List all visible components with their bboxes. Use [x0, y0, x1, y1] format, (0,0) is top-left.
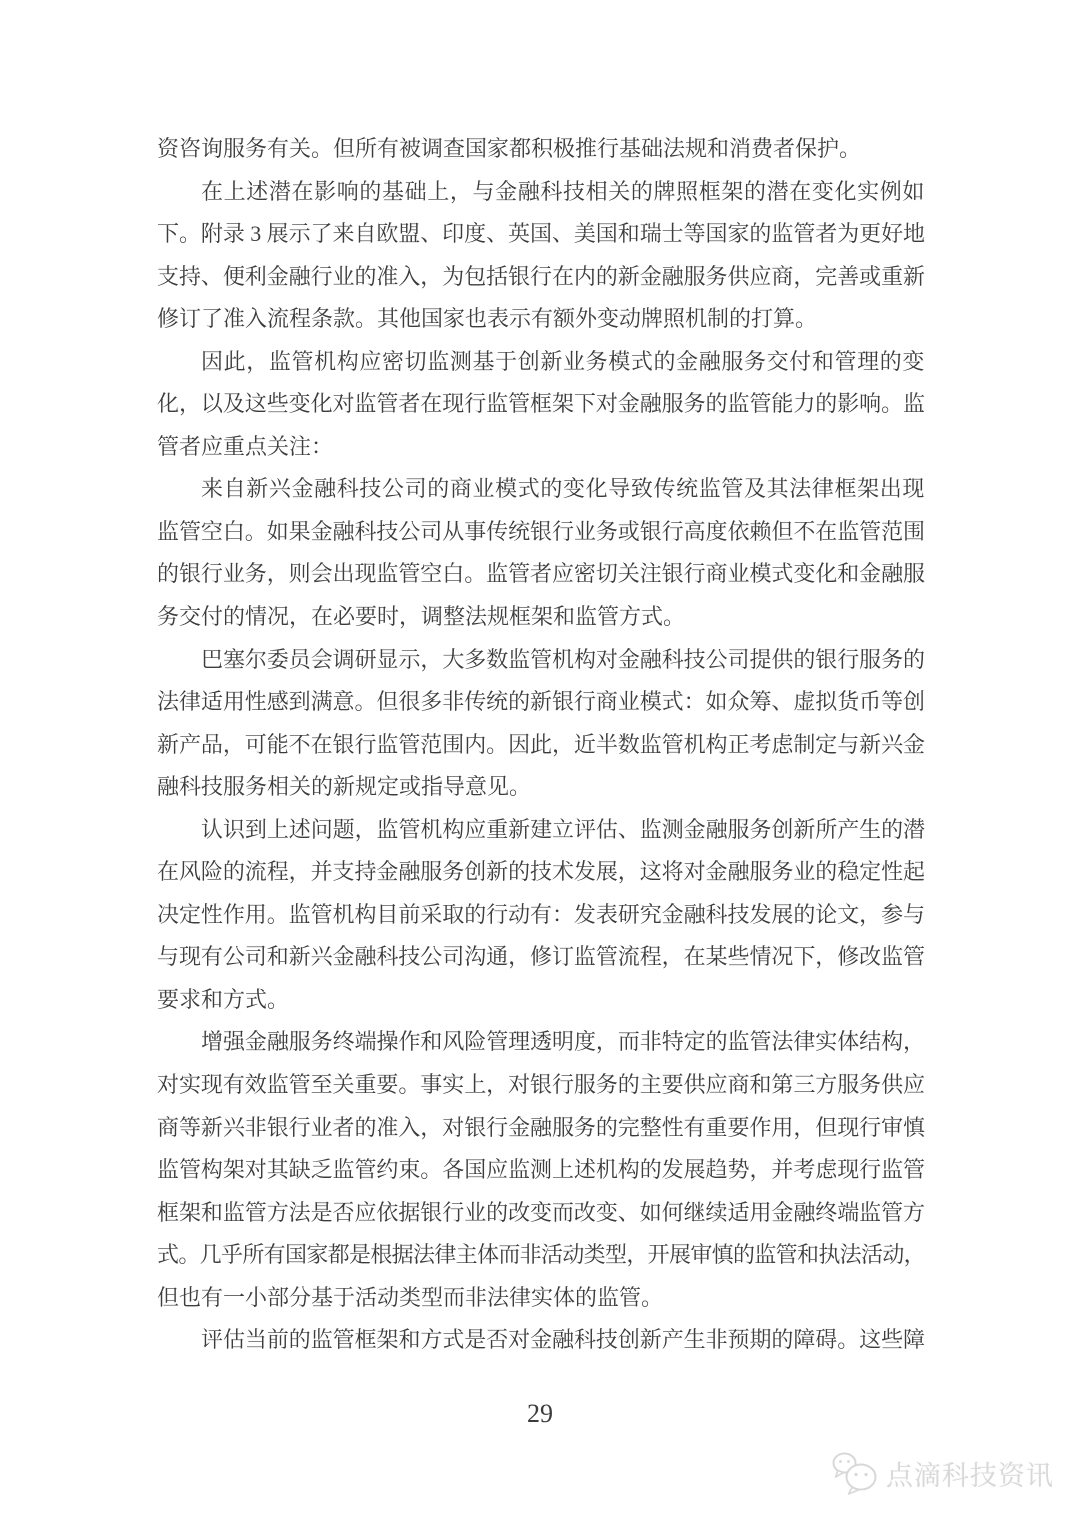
text-line-content: 巴塞尔委员会调研显示，大多数监管机构对金融科技公司提供的银行服务的 — [201, 639, 925, 682]
text-line-content: 决定性作用。监管机构目前采取的行动有：发表研究金融科技发展的论文，参与 — [157, 894, 925, 937]
text-line: 管者应重点关注： — [157, 426, 925, 469]
text-line: 监管构架对其缺乏监管约束。各国应监测上述机构的发展趋势，并考虑现行监管 — [157, 1149, 925, 1192]
text-line: 但也有一小部分基于活动类型而非法律实体的监管。 — [157, 1277, 925, 1320]
watermark: 点滴科技资讯 — [831, 1450, 1054, 1496]
text-line: 融科技服务相关的新规定或指导意见。 — [157, 766, 925, 809]
text-line: 在风险的流程，并支持金融服务创新的技术发展，这将对金融服务业的稳定性起 — [157, 851, 925, 894]
text-line-content: 监管构架对其缺乏监管约束。各国应监测上述机构的发展趋势，并考虑现行监管 — [157, 1149, 925, 1192]
text-line: 新产品，可能不在银行监管范围内。因此，近半数监管机构正考虑制定与新兴金 — [157, 724, 925, 767]
text-line: 法律适用性感到满意。但很多非传统的新银行商业模式：如众筹、虚拟货币等创 — [157, 681, 925, 724]
text-line: 增强金融服务终端操作和风险管理透明度，而非特定的监管法律实体结构， — [157, 1021, 925, 1064]
text-line: 因此，监管机构应密切监测基于创新业务模式的金融服务交付和管理的变 — [157, 341, 925, 384]
page-number: 29 — [0, 1398, 1080, 1430]
text-line-content: 来自新兴金融科技公司的商业模式的变化导致传统监管及其法律框架出现 — [201, 468, 925, 511]
text-line-content: 增强金融服务终端操作和风险管理透明度，而非特定的监管法律实体结构， — [201, 1021, 925, 1064]
text-line-content: 修订了准入流程条款。其他国家也表示有额外变动牌照机制的打算。 — [157, 298, 817, 341]
text-line-content: 管者应重点关注： — [157, 426, 333, 469]
text-line: 的银行业务，则会出现监管空白。监管者应密切关注银行商业模式变化和金融服 — [157, 553, 925, 596]
text-line: 商等新兴非银行业者的准入，对银行金融服务的完整性有重要作用，但现行审慎 — [157, 1107, 925, 1150]
text-line-content: 在上述潜在影响的基础上，与金融科技相关的牌照框架的潜在变化实例如 — [201, 171, 925, 214]
text-line-content: 但也有一小部分基于活动类型而非法律实体的监管。 — [157, 1277, 663, 1320]
text-line: 巴塞尔委员会调研显示，大多数监管机构对金融科技公司提供的银行服务的 — [157, 639, 925, 682]
text-line-content: 融科技服务相关的新规定或指导意见。 — [157, 766, 531, 809]
text-line-content: 认识到上述问题，监管机构应重新建立评估、监测金融服务创新所产生的潜 — [201, 809, 925, 852]
text-line: 评估当前的监管框架和方式是否对金融科技创新产生非预期的障碍。这些障 — [157, 1319, 925, 1362]
text-line-content: 与现有公司和新兴金融科技公司沟通，修订监管流程，在某些情况下，修改监管 — [157, 936, 925, 979]
document-body: 资咨询服务有关。但所有被调查国家都积极推行基础法规和消费者保护。在上述潜在影响的… — [157, 128, 925, 1362]
text-line-content: 下。附录 3 展示了来自欧盟、印度、英国、美国和瑞士等国家的监管者为更好地 — [157, 213, 925, 256]
text-line: 认识到上述问题，监管机构应重新建立评估、监测金融服务创新所产生的潜 — [157, 809, 925, 852]
text-line-content: 务交付的情况，在必要时，调整法规框架和监管方式。 — [157, 596, 685, 639]
text-line: 来自新兴金融科技公司的商业模式的变化导致传统监管及其法律框架出现 — [157, 468, 925, 511]
text-line-content: 评估当前的监管框架和方式是否对金融科技创新产生非预期的障碍。这些障 — [201, 1319, 925, 1362]
text-line: 式。几乎所有国家都是根据法律主体而非活动类型，开展审慎的监管和执法活动， — [157, 1234, 925, 1277]
wechat-chat-bubbles-icon — [831, 1450, 879, 1496]
text-line: 对实现有效监管至关重要。事实上，对银行服务的主要供应商和第三方服务供应 — [157, 1064, 925, 1107]
text-line: 资咨询服务有关。但所有被调查国家都积极推行基础法规和消费者保护。 — [157, 128, 925, 171]
text-line: 要求和方式。 — [157, 979, 925, 1022]
text-line: 框架和监管方法是否应依据银行业的改变而改变、如何继续适用金融终端监管方 — [157, 1192, 925, 1235]
text-line: 下。附录 3 展示了来自欧盟、印度、英国、美国和瑞士等国家的监管者为更好地 — [157, 213, 925, 256]
text-line-content: 式。几乎所有国家都是根据法律主体而非活动类型，开展审慎的监管和执法活动， — [157, 1234, 925, 1277]
text-line-content: 支持、便利金融行业的准入，为包括银行在内的新金融服务供应商，完善或重新 — [157, 256, 925, 299]
text-line-content: 要求和方式。 — [157, 979, 289, 1022]
text-line: 决定性作用。监管机构目前采取的行动有：发表研究金融科技发展的论文，参与 — [157, 894, 925, 937]
text-line-content: 商等新兴非银行业者的准入，对银行金融服务的完整性有重要作用，但现行审慎 — [157, 1107, 925, 1150]
text-line-content: 因此，监管机构应密切监测基于创新业务模式的金融服务交付和管理的变 — [201, 341, 925, 384]
text-line: 务交付的情况，在必要时，调整法规框架和监管方式。 — [157, 596, 925, 639]
text-line: 监管空白。如果金融科技公司从事传统银行业务或银行高度依赖但不在监管范围 — [157, 511, 925, 554]
text-line: 支持、便利金融行业的准入，为包括银行在内的新金融服务供应商，完善或重新 — [157, 256, 925, 299]
text-line: 与现有公司和新兴金融科技公司沟通，修订监管流程，在某些情况下，修改监管 — [157, 936, 925, 979]
text-line-content: 法律适用性感到满意。但很多非传统的新银行商业模式：如众筹、虚拟货币等创 — [157, 681, 925, 724]
text-line: 在上述潜在影响的基础上，与金融科技相关的牌照框架的潜在变化实例如 — [157, 171, 925, 214]
text-line-content: 资咨询服务有关。但所有被调查国家都积极推行基础法规和消费者保护。 — [157, 128, 861, 171]
watermark-label: 点滴科技资讯 — [886, 1454, 1054, 1493]
text-line-content: 的银行业务，则会出现监管空白。监管者应密切关注银行商业模式变化和金融服 — [157, 553, 925, 596]
text-line-content: 新产品，可能不在银行监管范围内。因此，近半数监管机构正考虑制定与新兴金 — [157, 724, 925, 767]
text-line-content: 框架和监管方法是否应依据银行业的改变而改变、如何继续适用金融终端监管方 — [157, 1192, 925, 1235]
text-line-content: 监管空白。如果金融科技公司从事传统银行业务或银行高度依赖但不在监管范围 — [157, 511, 925, 554]
text-line-content: 在风险的流程，并支持金融服务创新的技术发展，这将对金融服务业的稳定性起 — [157, 851, 925, 894]
text-line-content: 对实现有效监管至关重要。事实上，对银行服务的主要供应商和第三方服务供应 — [157, 1064, 925, 1107]
text-line: 化，以及这些变化对监管者在现行监管框架下对金融服务的监管能力的影响。监 — [157, 383, 925, 426]
document-page: 资咨询服务有关。但所有被调查国家都积极推行基础法规和消费者保护。在上述潜在影响的… — [0, 0, 1080, 1527]
text-line-content: 化，以及这些变化对监管者在现行监管框架下对金融服务的监管能力的影响。监 — [157, 383, 925, 426]
text-line: 修订了准入流程条款。其他国家也表示有额外变动牌照机制的打算。 — [157, 298, 925, 341]
